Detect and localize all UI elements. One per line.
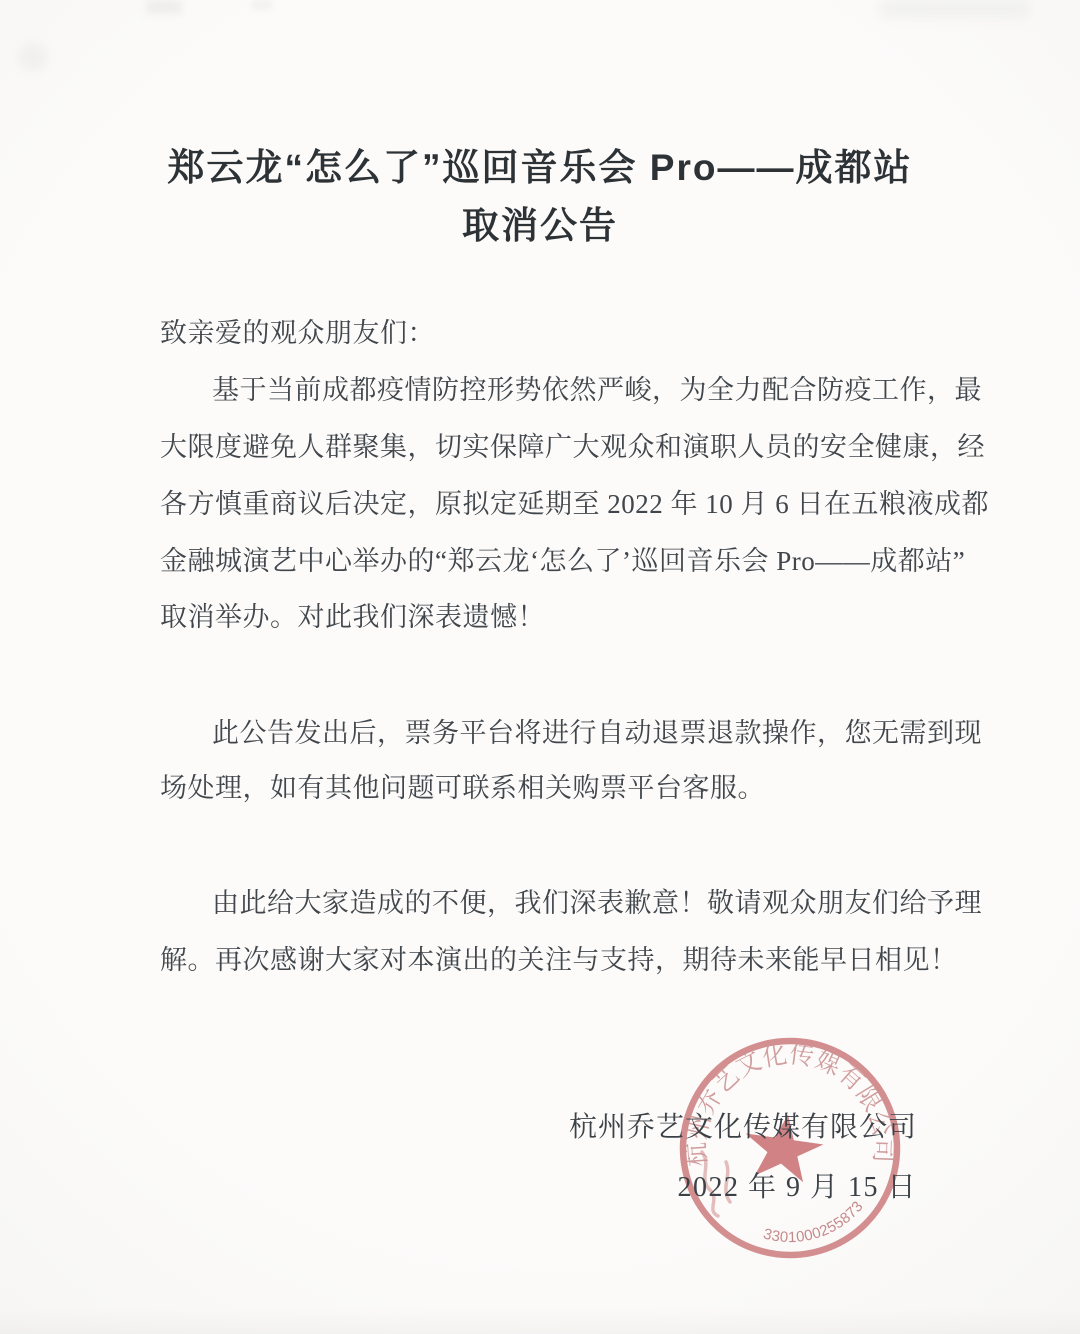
announcement-document: 郑云龙“怎么了”巡回音乐会 Pro——成都站 取消公告 致亲爱的观众朋友们： 基… — [0, 0, 1080, 1334]
company-seal-stamp: 杭州乔艺文化传媒有限公司 3301000255873 — [630, 988, 950, 1308]
paragraph-2-line-1: 此公告发出后，票务平台将进行自动退票退款操作，您无需到现 — [212, 714, 920, 752]
seal-ring — [683, 1041, 897, 1255]
paragraph-3-line-1: 由此给大家造成的不便，我们深表歉意！敬请观众朋友们给予理 — [212, 884, 920, 922]
scan-artifact — [880, 0, 1030, 18]
salutation: 致亲爱的观众朋友们： — [160, 314, 920, 352]
paragraph-2-line-2: 场处理，如有其他问题可联系相关购票平台客服。 — [160, 769, 920, 807]
paragraph-3-line-2: 解。再次感谢大家对本演出的关注与支持，期待未来能早日相见！ — [160, 941, 920, 979]
scan-artifact — [18, 42, 48, 72]
paragraph-1-line-1: 基于当前成都疫情防控形势依然严峻，为全力配合防疫工作，最 — [212, 371, 920, 409]
document-title-line-2: 取消公告 — [0, 204, 1080, 248]
seal-company-arc-text: 杭州乔艺文化传媒有限公司 — [680, 1038, 899, 1167]
signature-company: 杭州乔艺文化传媒有限公司 — [569, 1109, 917, 1147]
signature-date: 2022 年 9 月 15 日 — [677, 1169, 917, 1207]
paragraph-1-line-3: 各方慎重商议后决定，原拟定延期至 2022 年 10 月 6 日在五粮液成都 — [160, 485, 920, 523]
paragraph-1-line-2: 大限度避免人群聚集，切实保障广大观众和演职人员的安全健康，经 — [160, 428, 920, 466]
paragraph-1-line-5: 取消举办。对此我们深表遗憾！ — [160, 598, 920, 636]
paragraph-1-line-4: 金融城演艺中心举办的“郑云龙‘怎么了’巡回音乐会 Pro——成都站” — [160, 542, 920, 580]
document-title-line-1: 郑云龙“怎么了”巡回音乐会 Pro——成都站 — [0, 146, 1080, 190]
scan-artifact — [252, 0, 272, 10]
svg-text:杭州乔艺文化传媒有限公司: 杭州乔艺文化传媒有限公司 — [680, 1038, 899, 1167]
scan-artifact — [146, 0, 182, 14]
